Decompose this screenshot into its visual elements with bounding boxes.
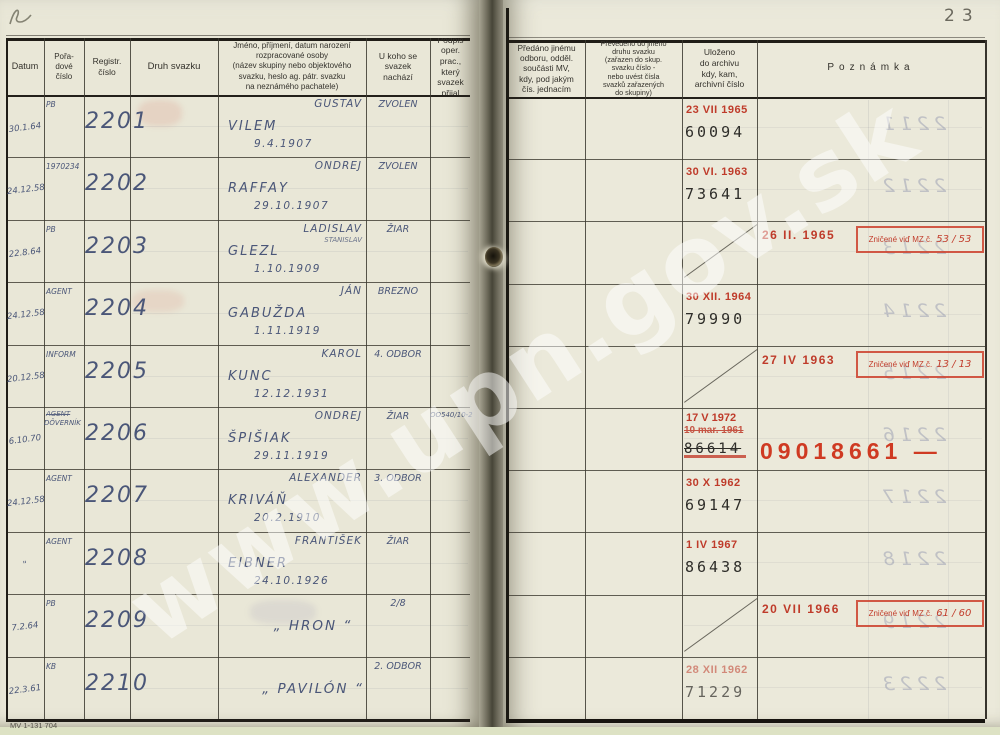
grid-line bbox=[6, 157, 470, 158]
holder-location: ŽIAR bbox=[366, 411, 430, 422]
registration-number: 2203 bbox=[85, 234, 149, 259]
destroyed-stamp-box: Zničené viď MZ č.13 / 13 bbox=[856, 351, 984, 378]
person-first-name: ONDREJ bbox=[226, 410, 362, 422]
col-header-prevedeno: Převedeno do jiného druhu svazku (zařaze… bbox=[585, 40, 682, 97]
person-surname: RAFFAY bbox=[228, 181, 289, 196]
person-surname: KUNC bbox=[228, 369, 273, 384]
grid-line bbox=[508, 657, 985, 658]
grid-line bbox=[508, 97, 985, 99]
grid-line bbox=[508, 221, 985, 222]
grid-line bbox=[132, 376, 468, 377]
person-first-name: FRANTIŠEK bbox=[226, 535, 362, 547]
archive-date-stamp: 30 XII. 1964 bbox=[686, 291, 751, 303]
grid-line bbox=[132, 251, 468, 252]
destroyed-stamp-box: Zničené viď MZ č.53 / 53 bbox=[856, 226, 984, 253]
bleedthrough-number: 2217 bbox=[846, 486, 978, 508]
col-header-podpis: Podpis oper. prac., který svazek přijal bbox=[430, 38, 471, 95]
col-header-druh-svazku: Druh svazku bbox=[130, 38, 218, 95]
archive-date-stamp: 17 V 1972 bbox=[686, 412, 736, 424]
alias-name: „ PAVILÓN “ bbox=[238, 681, 388, 697]
signature-note: OO540/10-2 bbox=[430, 411, 476, 419]
birth-date: 20.2.1910 bbox=[254, 512, 321, 524]
registry-scan: 23 Datum Pořa- dové číslo Registr. číslo… bbox=[0, 0, 1000, 735]
order-label: PB bbox=[46, 599, 56, 608]
birth-date: 29.10.1907 bbox=[254, 200, 329, 212]
person-first-name-alt: STANISLAV bbox=[226, 236, 362, 244]
person-surname: GLEZL bbox=[228, 244, 280, 259]
col-header-predano: Předáno jinému odboru, odděl. součásti M… bbox=[508, 40, 585, 97]
archive-date-stamp: 23 VII 1965 bbox=[686, 104, 748, 116]
registration-number: 2204 bbox=[85, 296, 149, 321]
bleedthrough-number: 2218 bbox=[846, 548, 978, 570]
registration-number: 2207 bbox=[85, 483, 149, 508]
holder-location: ŽIAR bbox=[366, 536, 430, 547]
grid-line bbox=[6, 220, 470, 221]
person-first-name: ALEXANDER bbox=[226, 472, 362, 484]
red-strike-bar bbox=[684, 455, 746, 458]
destroyed-stamp-label: Zničené viď MZ č. bbox=[869, 235, 933, 244]
grid-line bbox=[508, 37, 985, 38]
archive-number: 60094 bbox=[685, 123, 745, 141]
person-surname: GABUŽDA bbox=[228, 306, 307, 321]
holder-location: ZVOLEN bbox=[366, 161, 430, 172]
registration-number: 2202 bbox=[85, 171, 149, 196]
grid-line bbox=[6, 35, 470, 36]
grid-line bbox=[508, 408, 985, 409]
grid-line bbox=[757, 40, 758, 719]
grid-line bbox=[508, 719, 985, 723]
destroyed-stamp-number: 53 / 53 bbox=[936, 234, 971, 245]
big-red-archive-number: 09018661 — bbox=[760, 438, 942, 465]
grid-line bbox=[6, 469, 470, 470]
order-label-crossed: AGENT bbox=[46, 410, 70, 418]
destroyed-stamp-box: Zničené viď MZ č.61 / 60 bbox=[856, 600, 984, 627]
corner-pencil-mark bbox=[6, 4, 36, 30]
archive-date-stamp: 30 VI. 1963 bbox=[686, 166, 748, 178]
destroyed-stamp-number: 13 / 13 bbox=[936, 359, 971, 370]
person-surname: ŠPIŠIAK bbox=[228, 431, 291, 446]
bleedthrough-number: 2211 bbox=[846, 113, 978, 135]
person-surname: VILEM bbox=[228, 119, 277, 134]
note-date-stamp: 20 VII 1966 bbox=[762, 602, 840, 616]
grid-line bbox=[132, 563, 468, 564]
col-header-poznamka: Poznámka bbox=[757, 40, 985, 97]
order-label: PB bbox=[46, 100, 56, 109]
birth-date: 1.11.1919 bbox=[254, 325, 321, 337]
order-label: INFORM bbox=[46, 350, 76, 359]
order-label: 1970234 bbox=[46, 162, 79, 171]
registration-number: 2205 bbox=[85, 359, 149, 384]
person-first-name: KAROL bbox=[226, 348, 362, 360]
alias-name: „ HRON “ bbox=[238, 618, 388, 634]
page-number: 23 bbox=[944, 6, 980, 26]
registration-number: 2208 bbox=[85, 546, 149, 571]
grid-line bbox=[132, 500, 468, 501]
order-label: PB bbox=[46, 225, 56, 234]
grid-line bbox=[6, 532, 470, 533]
archive-number: 86438 bbox=[685, 558, 745, 576]
col-header-u-koho: U koho se svazek nachází bbox=[366, 38, 430, 95]
archive-date-stamp: 28 XII 1962 bbox=[686, 664, 748, 676]
grid-line bbox=[6, 95, 470, 97]
archive-number: 79990 bbox=[685, 310, 745, 328]
grid-line bbox=[6, 407, 470, 408]
holder-location: 4. ODBOR bbox=[366, 349, 430, 360]
order-label: DÔVERNÍK bbox=[44, 419, 81, 427]
registration-number: 2206 bbox=[85, 421, 149, 446]
holder-location: ŽIAR bbox=[366, 224, 430, 235]
note-date-stamp: 27 IV 1963 bbox=[762, 353, 835, 367]
order-label: AGENT bbox=[46, 287, 72, 296]
note-date-stamp: 26 II. 1965 bbox=[762, 228, 835, 242]
grid-line bbox=[6, 719, 470, 722]
col-header-poradove-cislo: Pořa- dové číslo bbox=[44, 38, 84, 95]
person-surname: EIBNER bbox=[228, 556, 288, 571]
grid-line bbox=[132, 438, 468, 439]
destroyed-stamp-label: Zničené viď MZ č. bbox=[869, 360, 933, 369]
holder-location: ZVOLEN bbox=[366, 99, 430, 110]
bleedthrough-number: 2223 bbox=[846, 673, 978, 695]
col-header-ulozeno: Uloženo do archivu kdy, kam, archivní čí… bbox=[682, 40, 757, 97]
archive-number: 73641 bbox=[685, 185, 745, 203]
grid-line bbox=[508, 470, 985, 471]
col-header-jmeno: Jméno, příjmení, datum narození rozpraco… bbox=[218, 38, 366, 95]
birth-date: 1.10.1909 bbox=[254, 263, 321, 275]
archive-date-stamp: 30 X 1962 bbox=[686, 477, 741, 489]
grid-line bbox=[585, 40, 586, 719]
holder-location: 2. ODBOR bbox=[366, 661, 430, 672]
scan-bottom-edge bbox=[0, 727, 1000, 735]
bleedthrough-number: 2212 bbox=[846, 175, 978, 197]
birth-date: 12.12.1931 bbox=[254, 388, 329, 400]
grid-line bbox=[430, 38, 431, 719]
person-first-name: JÁN bbox=[226, 285, 362, 297]
grid-line bbox=[6, 657, 470, 658]
grid-line bbox=[508, 595, 985, 596]
grid-line bbox=[132, 188, 468, 189]
archive-date-stamp: 1 IV 1967 bbox=[686, 539, 738, 551]
birth-date: 29.11.1919 bbox=[254, 450, 329, 462]
col-header-datum: Datum bbox=[6, 38, 44, 95]
archive-number: 69147 bbox=[685, 496, 745, 514]
destroyed-stamp-number: 61 / 60 bbox=[936, 608, 971, 619]
grid-line bbox=[218, 38, 219, 719]
grid-line bbox=[508, 284, 985, 285]
grid-line bbox=[6, 345, 470, 346]
holder-location: 2/8 bbox=[366, 598, 430, 609]
punch-hole bbox=[485, 247, 503, 267]
birth-date: 24.10.1926 bbox=[254, 575, 329, 587]
form-number: MV 1-131 704 bbox=[10, 721, 57, 730]
person-first-name: ONDREJ bbox=[226, 160, 362, 172]
order-label: AGENT bbox=[46, 537, 72, 546]
binding-gutter bbox=[479, 0, 503, 735]
grid-line bbox=[132, 126, 468, 127]
col-header-registr-cislo: Registr. číslo bbox=[84, 38, 130, 95]
grid-line bbox=[508, 532, 985, 533]
bleedthrough-number: 2214 bbox=[846, 300, 978, 322]
person-first-name: LADISLAV bbox=[226, 223, 362, 235]
holder-location: BREZNO bbox=[366, 286, 430, 297]
order-label: KB bbox=[46, 662, 56, 671]
grid-line bbox=[508, 159, 985, 160]
birth-date: 9.4.1907 bbox=[254, 138, 313, 150]
order-label: AGENT bbox=[46, 474, 72, 483]
registration-number: 2201 bbox=[85, 109, 149, 134]
crossed-archive-date: 10 mar. 1961 bbox=[684, 425, 744, 436]
grid-line bbox=[682, 40, 683, 719]
grid-line bbox=[6, 594, 470, 595]
person-first-name: GUSTAV bbox=[226, 98, 362, 110]
grid-line bbox=[506, 8, 509, 723]
grid-line bbox=[508, 346, 985, 347]
archive-number: 71229 bbox=[685, 683, 745, 701]
destroyed-stamp-label: Zničené viď MZ č. bbox=[869, 609, 933, 618]
registration-number: 2210 bbox=[85, 671, 149, 696]
registration-number: 2209 bbox=[85, 608, 149, 633]
holder-location: 3. ODBOR bbox=[366, 473, 430, 484]
grid-line bbox=[6, 282, 470, 283]
person-surname: KRIVÁŇ bbox=[228, 493, 288, 508]
grid-line bbox=[366, 38, 367, 719]
grid-line bbox=[985, 40, 987, 719]
